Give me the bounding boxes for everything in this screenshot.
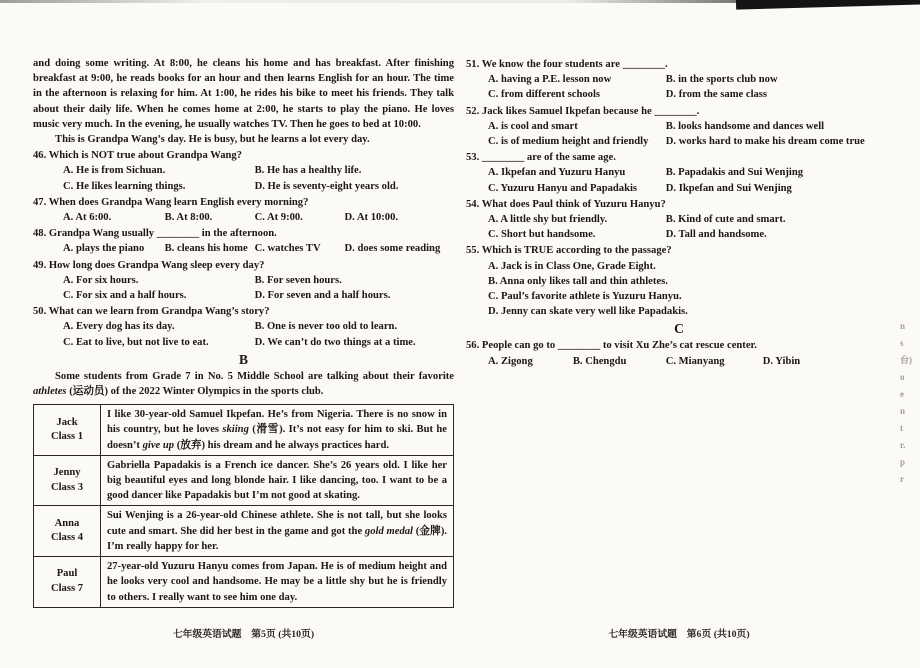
page-6-column: 51. We know the four students are ______… [466,56,892,369]
passage-a-closing-line: This is Grandpa Wang’s day. He is busy, … [33,132,454,147]
question-48-option-d: D. does some reading [345,241,454,256]
question-46-options: A. He is from Sichuan.B. He has a health… [33,163,454,193]
bleed-glyph: 台) [900,356,914,365]
student-name: Jack [40,416,94,431]
question-49-option-a: A. For six hours. [63,273,255,288]
question-50-option-a: A. Every dog has its day. [63,319,255,334]
athlete-description-cell: Sui Wenjing is a 26-year-old Chinese ath… [101,506,454,557]
question-54-options: A. A little shy but friendly.B. Kind of … [466,212,892,242]
athletes-table: JackClass 1I like 30-year-old Samuel Ikp… [33,404,454,607]
athlete-description-cell: Gabriella Papadakis is a French ice danc… [101,455,454,506]
question-56-option-a: A. Zigong [488,354,573,369]
student-class: Class 7 [40,582,94,597]
question-48-stem: 48. Grandpa Wang usually ________ in the… [33,226,454,241]
text-segment: Gabriella Papadakis is a French ice danc… [107,460,447,501]
athlete-description-cell: 27-year-old Yuzuru Hanyu comes from Japa… [101,557,454,608]
athlete-description: 27-year-old Yuzuru Hanyu comes from Japa… [107,559,447,605]
question-56-option-d: D. Yibin [763,354,892,369]
text-segment: Some students from Grade 7 in No. 5 Midd… [55,371,454,382]
text-segment: (放弃) his dream and he always practices h… [174,440,389,451]
question-50-option-c: C. Eat to live, but not live to eat. [63,335,255,350]
athlete-description-cell: I like 30-year-old Samuel Ikpefan. He’s … [101,405,454,456]
question-52-option-d: D. works hard to make his dream come tru… [666,134,892,149]
question-50: 50. What can we learn from Grandpa Wang’… [33,304,454,350]
student-name: Anna [40,517,94,532]
question-51-option-c: C. from different schools [488,87,666,102]
text-segment: athletes [33,386,67,397]
question-52-option-a: A. is cool and smart [488,119,666,134]
question-55-option-d: D. Jenny can skate very well like Papada… [488,304,892,319]
question-54: 54. What does Paul think of Yuzuru Hanyu… [466,197,892,243]
text-segment: (运动员) of the 2022 Winter Olympics in the… [67,386,324,397]
question-46: 46. Which is NOT true about Grandpa Wang… [33,148,454,194]
student-name-cell: PaulClass 7 [34,557,101,608]
question-53-option-a: A. Ikpefan and Yuzuru Hanyu [488,165,666,180]
question-54-option-c: C. Short but handsome. [488,227,666,242]
question-56-block: 56. People can go to ________ to visit X… [466,338,892,368]
student-name: Paul [40,567,94,582]
question-56-option-b: B. Chengdu [573,354,666,369]
question-55-stem: 55. Which is TRUE according to the passa… [466,243,892,258]
bleed-glyph: p [900,458,914,467]
passage-a-paragraph: and doing some writing. At 8:00, he clea… [33,56,454,132]
question-48-option-c: C. watches TV [255,241,345,256]
question-48-options: A. plays the pianoB. cleans his homeC. w… [33,241,454,256]
question-49-options: A. For six hours.B. For seven hours.C. F… [33,273,454,303]
question-54-option-a: A. A little shy but friendly. [488,212,666,227]
question-46-option-d: D. He is seventy-eight years old. [255,179,454,194]
page-6-footer: 七年级英语试题 第6页 (共10页) [466,627,892,642]
bleed-glyph: r [900,475,914,484]
bleed-glyph: r. [900,441,914,450]
questions-51-55: 51. We know the four students are ______… [466,57,892,319]
athlete-row-paul: PaulClass 727-year-old Yuzuru Hanyu come… [34,557,454,608]
athlete-row-jenny: JennyClass 3Gabriella Papadakis is a Fre… [34,455,454,506]
question-47-options: A. At 6:00.B. At 8:00.C. At 9:00.D. At 1… [33,210,454,225]
question-49-option-d: D. For seven and a half hours. [255,288,454,303]
question-54-option-d: D. Tall and handsome. [666,227,892,242]
bleed-glyph: o [900,373,914,382]
question-53-stem: 53. ________ are of the same age. [466,150,892,165]
student-name-cell: JennyClass 3 [34,455,101,506]
question-55-options: A. Jack is in Class One, Grade Eight.B. … [466,259,892,320]
exam-scan-page: and doing some writing. At 8:00, he clea… [0,0,920,668]
question-49: 49. How long does Grandpa Wang sleep eve… [33,258,454,304]
question-51-option-d: D. from the same class [666,87,892,102]
question-52-option-b: B. looks handsome and dances well [666,119,892,134]
question-52: 52. Jack likes Samuel Ikpefan because he… [466,104,892,150]
page-5-footer: 七年级英语试题 第5页 (共10页) [33,627,454,642]
question-50-stem: 50. What can we learn from Grandpa Wang’… [33,304,454,319]
student-class: Class 3 [40,481,94,496]
question-46-stem: 46. Which is NOT true about Grandpa Wang… [33,148,454,163]
question-53: 53. ________ are of the same age.A. Ikpe… [466,150,892,196]
question-55-option-c: C. Paul’s favorite athlete is Yuzuru Han… [488,289,892,304]
text-segment: skiing [222,424,249,435]
question-48: 48. Grandpa Wang usually ________ in the… [33,226,454,256]
question-55-option-b: B. Anna only likes tall and thin athlete… [488,274,892,289]
question-50-option-b: B. One is never too old to learn. [255,319,454,334]
question-47-option-b: B. At 8:00. [165,210,255,225]
student-class: Class 4 [40,531,94,546]
section-b-intro: Some students from Grade 7 in No. 5 Midd… [33,369,454,399]
athlete-row-jack: JackClass 1I like 30-year-old Samuel Ikp… [34,405,454,456]
question-46-option-b: B. He has a healthy life. [255,163,454,178]
question-51-option-a: A. having a P.E. lesson now [488,72,666,87]
question-56-options: A. ZigongB. ChengduC. MianyangD. Yibin [466,354,892,369]
student-class: Class 1 [40,430,94,445]
question-47-option-a: A. At 6:00. [63,210,165,225]
question-55: 55. Which is TRUE according to the passa… [466,243,892,319]
question-54-option-b: B. Kind of cute and smart. [666,212,892,227]
section-c-heading: C [466,320,892,337]
question-51-stem: 51. We know the four students are ______… [466,57,892,72]
bleed-glyph: n [900,407,914,416]
question-54-stem: 54. What does Paul think of Yuzuru Hanyu… [466,197,892,212]
question-51-options: A. having a P.E. lesson nowB. in the spo… [466,72,892,102]
question-49-option-c: C. For six and a half hours. [63,288,255,303]
question-55-option-a: A. Jack is in Class One, Grade Eight. [488,259,892,274]
bleed-glyph: t [900,424,914,433]
student-name: Jenny [40,466,94,481]
student-name-cell: JackClass 1 [34,405,101,456]
question-52-stem: 52. Jack likes Samuel Ikpefan because he… [466,104,892,119]
bleed-glyph: e [900,390,914,399]
scan-corner-artifact [736,0,920,10]
text-segment: 27-year-old Yuzuru Hanyu comes from Japa… [107,561,447,602]
question-56-stem: 56. People can go to ________ to visit X… [466,338,892,353]
question-51-option-b: B. in the sports club now [666,72,892,87]
bleed-glyph: s [900,339,914,348]
question-46-option-c: C. He likes learning things. [63,179,255,194]
question-51: 51. We know the four students are ______… [466,57,892,103]
question-47: 47. When does Grandpa Wang learn English… [33,195,454,225]
page-5-column: and doing some writing. At 8:00, he clea… [33,56,454,608]
athlete-description: Sui Wenjing is a 26-year-old Chinese ath… [107,508,447,554]
section-b-heading: B [33,351,454,368]
question-48-option-b: B. cleans his home [165,241,255,256]
question-46-option-a: A. He is from Sichuan. [63,163,255,178]
question-49-stem: 49. How long does Grandpa Wang sleep eve… [33,258,454,273]
question-52-option-c: C. is of medium height and friendly [488,134,666,149]
question-50-option-d: D. We can’t do two things at a time. [255,335,454,350]
athlete-description: I like 30-year-old Samuel Ikpefan. He’s … [107,407,447,453]
question-53-option-b: B. Papadakis and Sui Wenjing [666,165,892,180]
question-52-options: A. is cool and smartB. looks handsome an… [466,119,892,149]
bleed-glyph: n [900,322,914,331]
athlete-row-anna: AnnaClass 4Sui Wenjing is a 26-year-old … [34,506,454,557]
question-47-option-d: D. At 10:00. [345,210,454,225]
page-edge-bleed-artifact: ns台)oentr.pr [900,322,914,492]
questions-46-50: 46. Which is NOT true about Grandpa Wang… [33,148,454,350]
question-53-option-d: D. Ikpefan and Sui Wenjing [666,181,892,196]
question-56-option-c: C. Mianyang [666,354,763,369]
question-50-options: A. Every dog has its day.B. One is never… [33,319,454,349]
text-segment: give up [143,440,174,451]
question-53-options: A. Ikpefan and Yuzuru HanyuB. Papadakis … [466,165,892,195]
question-47-stem: 47. When does Grandpa Wang learn English… [33,195,454,210]
question-49-option-b: B. For seven hours. [255,273,454,288]
question-53-option-c: C. Yuzuru Hanyu and Papadakis [488,181,666,196]
question-48-option-a: A. plays the piano [63,241,165,256]
question-56: 56. People can go to ________ to visit X… [466,338,892,368]
text-segment: gold medal [365,526,413,537]
athlete-description: Gabriella Papadakis is a French ice danc… [107,458,447,504]
question-47-option-c: C. At 9:00. [255,210,345,225]
student-name-cell: AnnaClass 4 [34,506,101,557]
